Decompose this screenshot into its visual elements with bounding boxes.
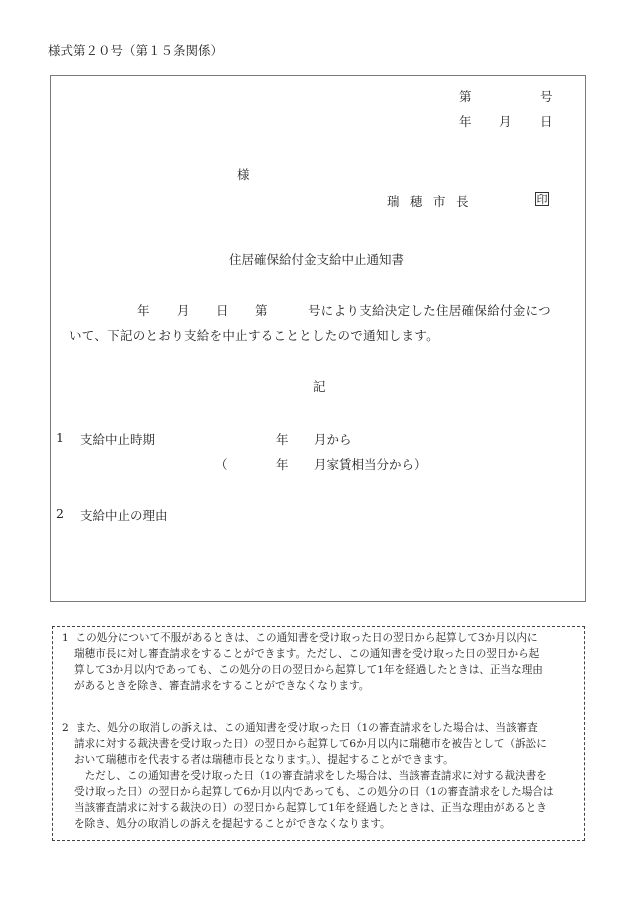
notice-form-box: 第 号 年 月 日 様 瑞 穂 市 長 印 住居確保給付金支給中止通知書 年 月… bbox=[50, 75, 586, 602]
item-number: 1 bbox=[56, 430, 64, 445]
notice-line: を除き、処分の取消しの訴えを提起することができなくなります。 bbox=[62, 816, 554, 832]
issuer-char: 瑞 bbox=[387, 192, 400, 210]
item-number: 2 bbox=[56, 506, 64, 521]
notice-line: 当該審査請求に対する裁決の日）の翌日から起算して1年を経過したときは、正当な理由… bbox=[62, 800, 554, 816]
form-number: 様式第２０号（第１５条関係） bbox=[48, 41, 223, 59]
issuer-char: 穂 bbox=[410, 192, 423, 210]
issuer-char: 長 bbox=[456, 192, 469, 210]
notice-line: おいて瑞穂市を代表する者は瑞穂市長となります。）、提起することができます。 bbox=[62, 752, 554, 768]
body-text-line2: いて、下記のとおり支給を中止することとしたので通知します。 bbox=[69, 326, 439, 344]
date-day: 日 bbox=[540, 112, 553, 130]
notice-line: 算して3か月以内であっても、この処分の日の翌日から起算して1年を経過したときは、… bbox=[62, 662, 543, 678]
document-title: 住居確保給付金支給中止通知書 bbox=[229, 250, 404, 268]
seal-mark: 印 bbox=[535, 192, 549, 206]
issuer-char: 市 bbox=[433, 192, 446, 210]
notice-number: 1 bbox=[62, 632, 69, 644]
stop-month-label: 月から bbox=[314, 430, 352, 448]
date-month: 月 bbox=[499, 112, 512, 130]
notice-line: 請求に対する裁決書を受け取った日）の翌日から起算して6か月以内に瑞穂市を被告とし… bbox=[62, 736, 554, 752]
stop-year-label: 年 bbox=[276, 430, 289, 448]
number-suffix: 号 bbox=[540, 87, 553, 105]
notice-line: 2 また、処分の取消しの訴えは、この通知書を受け取った日（1の審査請求をした場合… bbox=[62, 720, 554, 736]
number-prefix: 第 bbox=[459, 87, 472, 105]
appeal-notice-box: 1 この処分について不服があるときは、この通知書を受け取った日の翌日から起算して… bbox=[52, 626, 585, 841]
notice-line: があるときを除き、審査請求をすることができなくなります。 bbox=[62, 678, 543, 694]
body-text-line1: 号により支給決定した住居確保給付金につ bbox=[308, 301, 551, 319]
notice-item: 2 また、処分の取消しの訴えは、この通知書を受け取った日（1の審査請求をした場合… bbox=[62, 720, 554, 832]
notice-item: 1 この処分について不服があるときは、この通知書を受け取った日の翌日から起算して… bbox=[62, 630, 543, 694]
body-day: 日 bbox=[216, 301, 229, 319]
notice-line: ただし、この通知書を受け取った日（1の審査請求をした場合は、当該審査請求に対する… bbox=[62, 768, 554, 784]
notice-line: 1 この処分について不服があるときは、この通知書を受け取った日の翌日から起算して… bbox=[62, 630, 543, 646]
date-year: 年 bbox=[459, 112, 472, 130]
item-label: 支給中止時期 bbox=[80, 430, 155, 448]
body-year: 年 bbox=[137, 301, 150, 319]
paren-open: （ bbox=[215, 455, 228, 473]
notice-line: 瑞穂市長に対し審査請求をすることができます。ただし、この通知書を受け取った日の翌… bbox=[62, 646, 543, 662]
addressee-suffix: 様 bbox=[237, 165, 250, 183]
rent-year-label: 年 bbox=[276, 455, 289, 473]
rent-month-label: 月家賃相当分から） bbox=[314, 455, 427, 473]
notice-line: 受け取った日）の翌日から起算して6か月以内であっても、この処分の日（1の審査請求… bbox=[62, 784, 554, 800]
ki-heading: 記 bbox=[313, 377, 326, 395]
body-month: 月 bbox=[177, 301, 190, 319]
body-number-prefix: 第 bbox=[255, 301, 268, 319]
notice-number: 2 bbox=[62, 722, 69, 734]
item-label: 支給中止の理由 bbox=[80, 506, 168, 524]
